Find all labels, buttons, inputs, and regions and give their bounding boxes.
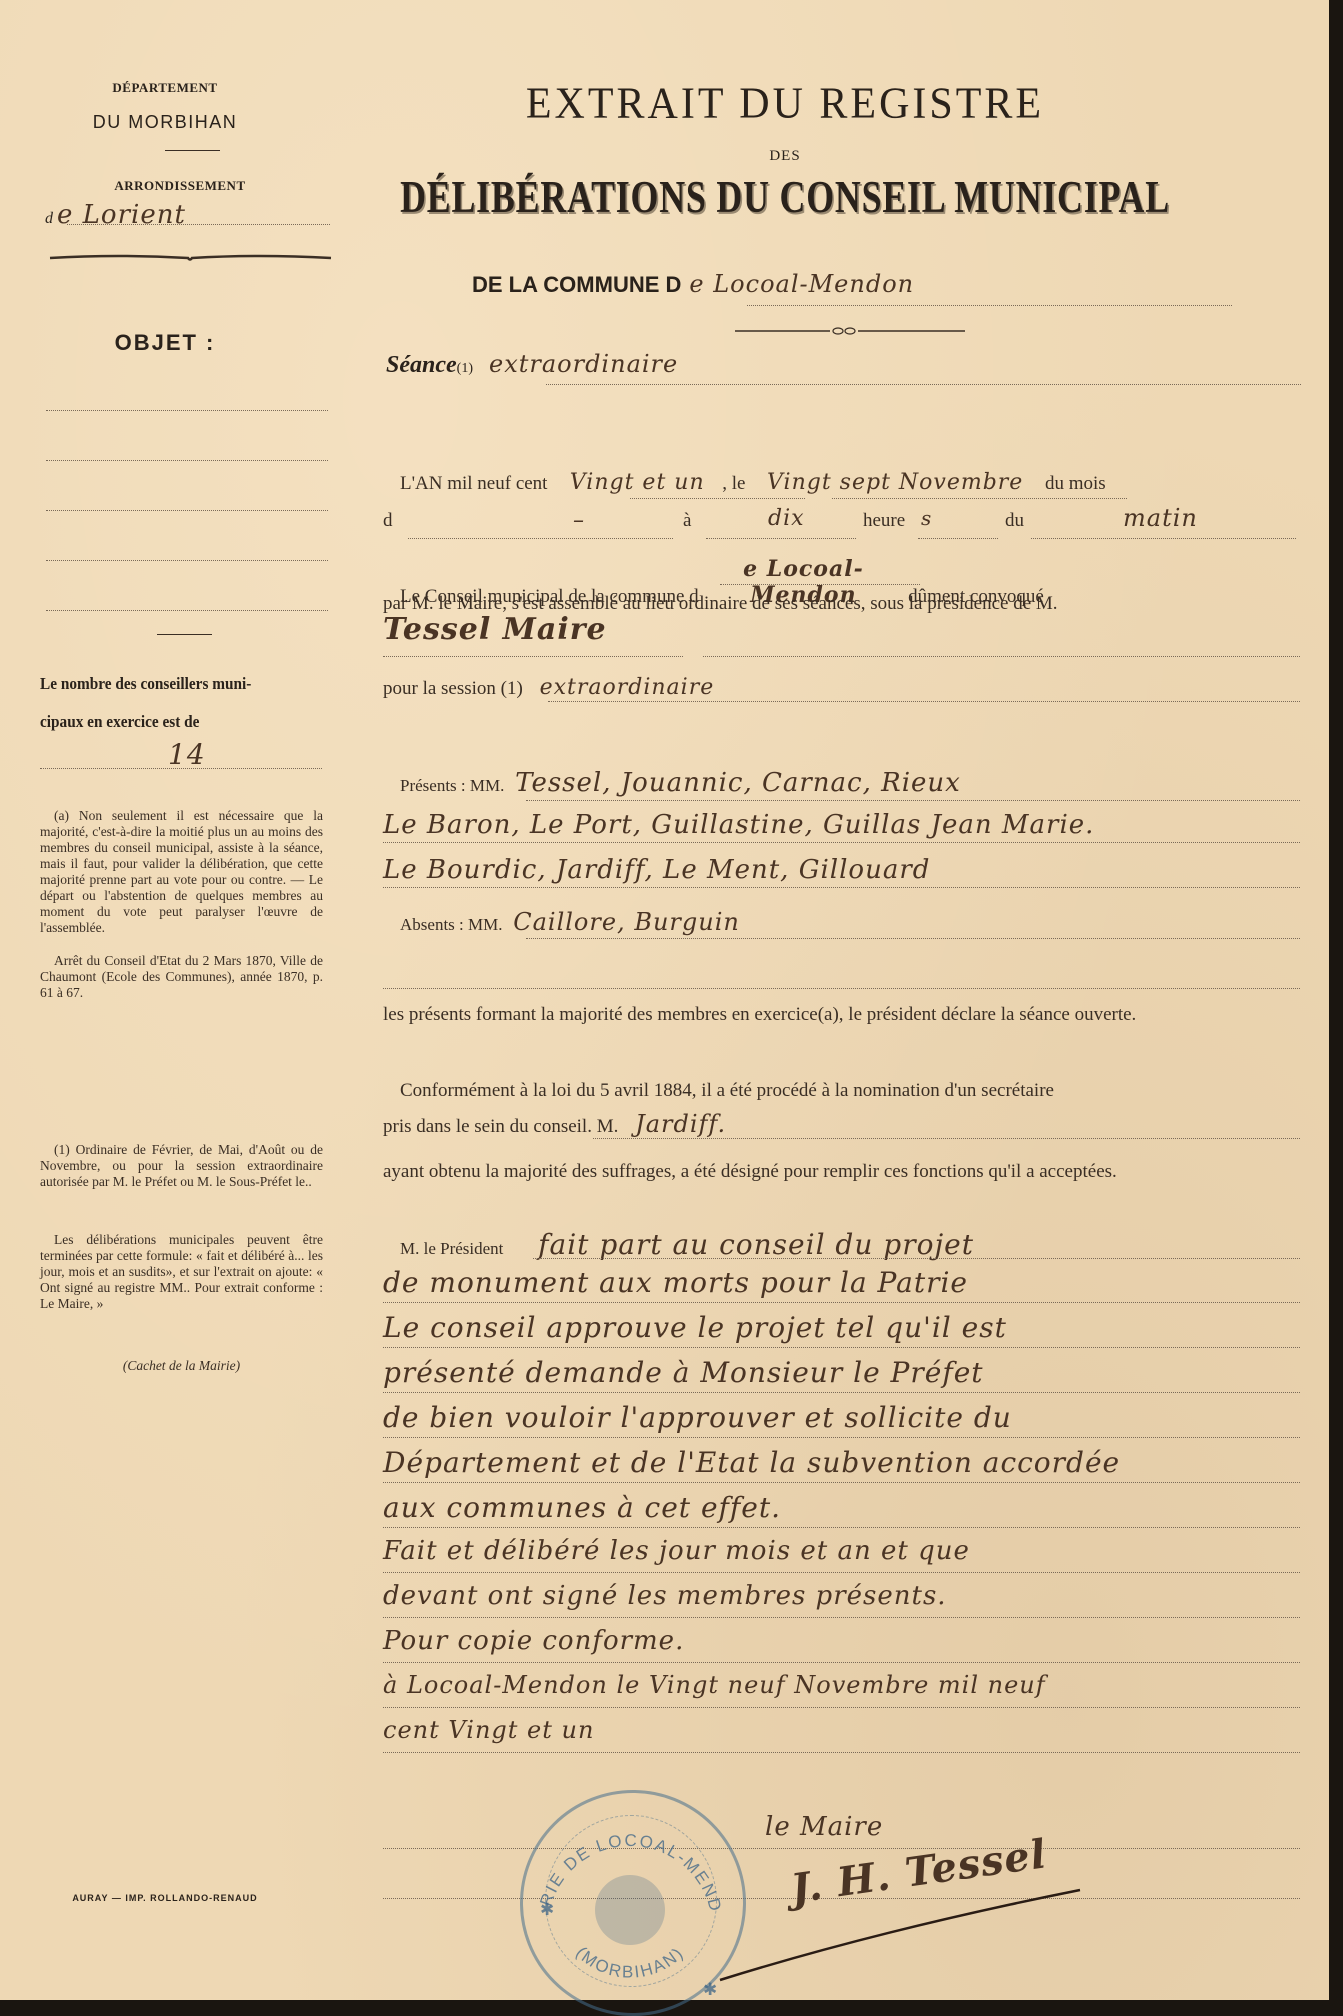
an-row: L'AN mil neuf cent Vingt et un, le Vingt…: [400, 470, 1300, 506]
deliberation-row: Département et de l'Etat la subvention a…: [383, 1446, 1300, 1491]
objet-line: [46, 460, 328, 461]
objet-line: [46, 560, 328, 561]
title-des: DES: [400, 148, 1170, 165]
deliberation-row: Le conseil approuve le projet tel qu'il …: [383, 1311, 1300, 1356]
commune-field: DE LA COMMUNE D e Locoal-Mendon: [472, 270, 1232, 310]
note-1: (1) Ordinaire de Février, de Mai, d'Août…: [40, 1142, 323, 1190]
commune-label: DE LA COMMUNE D: [472, 272, 681, 297]
blank-line: [383, 988, 1300, 989]
page-edge: [1329, 0, 1336, 2000]
conseillers-label: Le nombre des conseillers muni- cipaux e…: [40, 665, 301, 741]
arrondissement-value: e Lorient: [57, 200, 186, 230]
conseillers-count-field: 14: [40, 742, 322, 772]
cachet-note: (Cachet de la Mairie): [40, 1358, 323, 1374]
deliberation-row: Pour copie conforme.: [383, 1626, 1300, 1671]
ornament-divider: [48, 252, 333, 266]
heure-row: d – à dix heure s du matin: [383, 510, 1300, 546]
presents-line: Tessel, Jouannic, Carnac, Rieux: [515, 768, 961, 798]
arrondissement-label: ARRONDISSEMENT: [55, 178, 305, 194]
objet-line: [46, 410, 328, 411]
du-value: matin: [1123, 504, 1198, 532]
seance-value: extraordinaire: [489, 350, 678, 378]
objet-line: [46, 610, 328, 611]
objet-label: OBJET :: [40, 330, 290, 356]
presents-line: Le Baron, Le Port, Guillastine, Guillas …: [383, 810, 1094, 840]
presents-label: Présents : MM.: [400, 776, 504, 795]
ayant-text: ayant obtenu la majorité des suffrages, …: [383, 1160, 1303, 1184]
deliberation-row: Fait et délibéré les jour mois et an et …: [383, 1536, 1300, 1581]
annee-value: Vingt et un: [552, 470, 722, 495]
svg-text:✱: ✱: [540, 1900, 556, 1919]
conseil-row: Le Conseil municipal de la commune d e L…: [400, 556, 1300, 592]
seance-label: Séance: [386, 352, 457, 378]
heure-value: dix: [768, 506, 805, 531]
objet-line: [46, 510, 328, 511]
session-row: pour la session (1) extraordinaire: [383, 675, 1300, 711]
absents-row: Absents : MM. Caillore, Burguin: [400, 908, 1300, 944]
absents-value: Caillore, Burguin: [513, 908, 740, 936]
date-value: Vingt sept Novembre: [750, 470, 1040, 495]
deliberation-row: M. le Président fait part au conseil du …: [400, 1228, 1300, 1268]
title-extrait: EXTRAIT DU REGISTRE: [400, 79, 1170, 129]
president-label: M. le Président: [400, 1239, 503, 1258]
commune-value: e Locoal-Mendon: [689, 270, 914, 298]
president-value: Tessel Maire: [383, 612, 607, 647]
conseillers-count: 14: [168, 738, 206, 771]
ornament-divider: [735, 325, 965, 337]
divider: [165, 150, 220, 151]
maire-label: le Maire: [765, 1812, 883, 1842]
presents-row: Le Bourdic, Jardiff, Le Ment, Gillouard: [383, 855, 1300, 895]
mairie-stamp: MAIRIE DE LOCOAL-MENDON (MORBIHAN) ✱ ✱: [520, 1790, 746, 2000]
secretaire-value: Jardiff.: [635, 1110, 726, 1138]
secretaire-row: pris dans le sein du conseil. M. Jardiff…: [383, 1110, 1300, 1150]
seance-field: Séance(1) extraordinaire: [386, 350, 1301, 390]
arrondissement-field: d e Lorient: [45, 200, 330, 232]
presents-row: Le Baron, Le Port, Guillastine, Guillas …: [383, 810, 1300, 850]
note-formule: Les délibérations municipales peuvent êt…: [40, 1232, 323, 1312]
departement-value: DU MORBIHAN: [40, 112, 290, 133]
deliberation-body: de monument aux morts pour la Patrie Le …: [383, 1266, 1300, 1761]
title-deliberations: DÉLIBÉRATIONS DU CONSEIL MUNICIPAL: [344, 170, 1225, 223]
presents-row: Présents : MM. Tessel, Jouannic, Carnac,…: [400, 768, 1300, 804]
note-a-reference: Arrêt du Conseil d'Etat du 2 Mars 1870, …: [40, 953, 323, 1001]
deliberation-row: à Locoal-Mendon le Vingt neuf Novembre m…: [383, 1671, 1300, 1716]
deliberation-row: présenté demande à Monsieur le Préfet: [383, 1356, 1300, 1401]
absents-label: Absents : MM.: [400, 915, 502, 934]
printer-mark: AURAY — IMP. ROLLANDO-RENAUD: [40, 1893, 290, 1903]
president-field: Tessel Maire: [383, 612, 1300, 662]
presents-line: Le Bourdic, Jardiff, Le Ment, Gillouard: [383, 855, 930, 885]
deliberation-row: aux communes à cet effet.: [383, 1491, 1300, 1536]
departement-label: DÉPARTEMENT: [40, 80, 290, 96]
deliberation-row: de monument aux morts pour la Patrie: [383, 1266, 1300, 1311]
conformement-text: Conformément à la loi du 5 avril 1884, i…: [400, 1080, 1305, 1102]
deliberation-row: de bien vouloir l'approuver et sollicite…: [383, 1401, 1300, 1446]
svg-text:✱: ✱: [703, 1980, 719, 1999]
divider: [157, 634, 212, 635]
deliberation-row: devant ont signé les membres présents.: [383, 1581, 1300, 1626]
deliberation-line: fait part au conseil du projet: [538, 1228, 974, 1261]
document-page: DÉPARTEMENT DU MORBIHAN ARRONDISSEMENT d…: [0, 0, 1336, 2000]
majorite-text: les présents formant la majorité des mem…: [383, 1003, 1303, 1027]
deliberation-row: cent Vingt et un: [383, 1716, 1300, 1761]
d-value: –: [573, 508, 585, 533]
arrondissement-prefix: d: [45, 210, 53, 227]
svg-text:(MORBIHAN): (MORBIHAN): [572, 1943, 688, 1982]
note-a: (a) Non seulement il est nécessaire que …: [40, 808, 323, 936]
session-value: extraordinaire: [540, 675, 715, 700]
